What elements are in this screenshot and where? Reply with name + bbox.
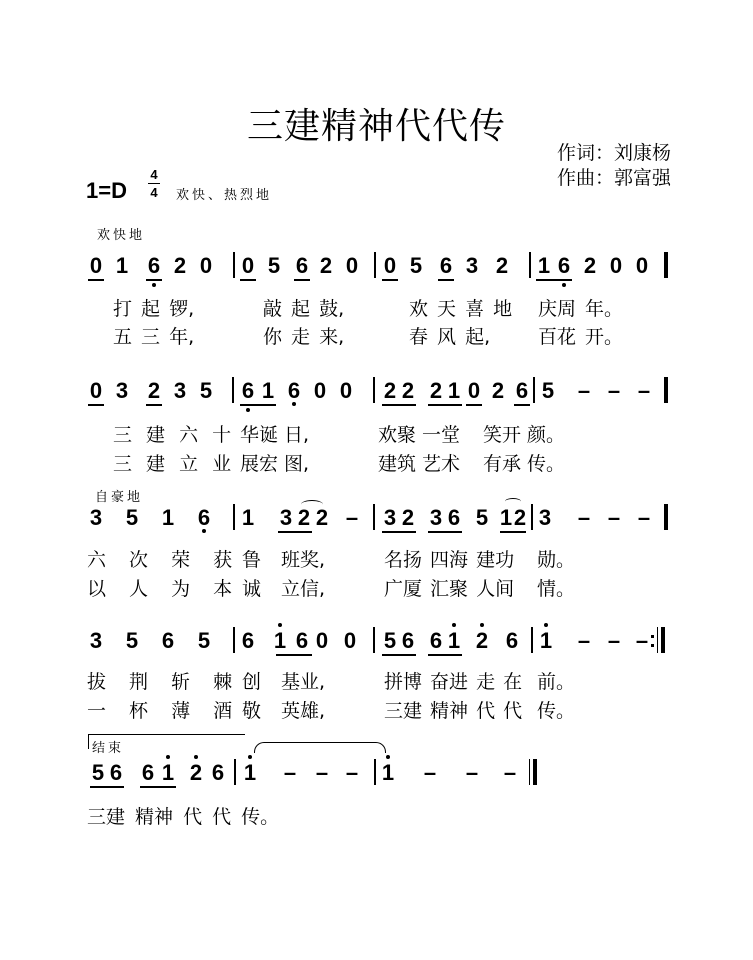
high-octave-dot bbox=[452, 623, 456, 627]
note: 1 bbox=[446, 378, 462, 404]
note: 6 bbox=[556, 253, 572, 279]
note: 6 bbox=[294, 628, 310, 654]
tie bbox=[505, 498, 521, 505]
note: 3 bbox=[464, 253, 480, 279]
high-octave-dot bbox=[278, 623, 282, 627]
note: 0 bbox=[608, 253, 624, 279]
note: 0 bbox=[344, 253, 360, 279]
underline bbox=[90, 786, 124, 788]
low-octave-dot bbox=[562, 283, 566, 287]
note: 6 bbox=[108, 760, 124, 786]
underline bbox=[294, 279, 310, 281]
note: 2 bbox=[494, 253, 510, 279]
note: 6 bbox=[240, 378, 256, 404]
key-signature: 1=D bbox=[86, 178, 127, 204]
dash: – bbox=[464, 760, 480, 786]
dash: – bbox=[636, 505, 652, 531]
bar-line bbox=[374, 759, 376, 785]
note: 1 bbox=[240, 505, 256, 531]
underline bbox=[382, 654, 416, 656]
note: 0 bbox=[466, 378, 482, 404]
note: 5 bbox=[540, 378, 556, 404]
note: 3 bbox=[172, 378, 188, 404]
bar-line bbox=[529, 252, 531, 278]
repeat-dot bbox=[651, 644, 654, 647]
underline bbox=[382, 404, 416, 406]
low-octave-dot bbox=[292, 402, 296, 406]
note: 3 bbox=[114, 378, 130, 404]
final-bar-thin bbox=[529, 759, 530, 785]
high-octave-dot bbox=[480, 623, 484, 627]
bar-line bbox=[373, 377, 375, 403]
note: 3 bbox=[382, 505, 398, 531]
low-octave-dot bbox=[246, 408, 250, 412]
bar-line bbox=[373, 504, 375, 530]
note: 5 bbox=[266, 253, 282, 279]
underline bbox=[382, 279, 398, 281]
bar-line bbox=[374, 252, 376, 278]
note: 5 bbox=[124, 628, 140, 654]
note: 5 bbox=[408, 253, 424, 279]
note: 0 bbox=[198, 253, 214, 279]
note: 6 bbox=[294, 253, 310, 279]
dash: – bbox=[576, 628, 592, 654]
note: 3 bbox=[428, 505, 444, 531]
note: 3 bbox=[278, 505, 294, 531]
underline bbox=[240, 404, 276, 406]
bar-line bbox=[234, 759, 236, 785]
note: 2 bbox=[400, 505, 416, 531]
underline bbox=[276, 654, 312, 656]
dash: – bbox=[344, 760, 360, 786]
note: 5 bbox=[90, 760, 106, 786]
low-octave-dot bbox=[202, 529, 206, 533]
lyric-ending: 三建 精神 代 代 传。 bbox=[87, 802, 279, 829]
note: 6 bbox=[210, 760, 226, 786]
note: 1 bbox=[538, 628, 554, 654]
bar-line bbox=[664, 504, 668, 530]
bar-line bbox=[664, 377, 668, 403]
note: 2 bbox=[582, 253, 598, 279]
note: 3 bbox=[537, 505, 553, 531]
bar-line bbox=[531, 627, 533, 653]
dash: – bbox=[422, 760, 438, 786]
note: 2 bbox=[146, 378, 162, 404]
dash: – bbox=[576, 378, 592, 404]
note: 2 bbox=[400, 378, 416, 404]
underline bbox=[382, 531, 416, 533]
bar-line bbox=[233, 252, 235, 278]
dash: – bbox=[606, 505, 622, 531]
underline bbox=[536, 279, 572, 281]
note: 5 bbox=[198, 378, 214, 404]
bar-line bbox=[233, 504, 235, 530]
note: 6 bbox=[240, 628, 256, 654]
note: 0 bbox=[88, 253, 104, 279]
underline bbox=[500, 531, 526, 533]
note: 6 bbox=[428, 628, 444, 654]
underline bbox=[88, 404, 104, 406]
underline bbox=[466, 404, 482, 406]
note: 6 bbox=[514, 378, 530, 404]
note: 5 bbox=[196, 628, 212, 654]
note: 6 bbox=[146, 253, 162, 279]
note: 6 bbox=[160, 628, 176, 654]
note: 6 bbox=[438, 253, 454, 279]
note: 0 bbox=[342, 628, 358, 654]
high-octave-dot bbox=[248, 755, 252, 759]
note: 1 bbox=[260, 378, 276, 404]
note: 2 bbox=[512, 505, 528, 531]
underline bbox=[428, 404, 462, 406]
time-signature: 44 bbox=[148, 168, 160, 199]
repeat-bar-thin bbox=[657, 627, 658, 653]
note: 6 bbox=[286, 378, 302, 404]
high-octave-dot bbox=[544, 623, 548, 627]
dash: – bbox=[636, 378, 652, 404]
note: 1 bbox=[380, 760, 396, 786]
final-bar-thick bbox=[533, 759, 537, 785]
note: 0 bbox=[240, 253, 256, 279]
underline bbox=[514, 404, 530, 406]
dash: – bbox=[502, 760, 518, 786]
note: 2 bbox=[382, 378, 398, 404]
bar-line bbox=[531, 504, 533, 530]
note: 1 bbox=[272, 628, 288, 654]
expression-marking: 欢快、热烈地 bbox=[176, 184, 272, 203]
underline bbox=[278, 531, 312, 533]
ending-label: 结束 bbox=[92, 737, 124, 756]
underline bbox=[140, 786, 176, 788]
dash: – bbox=[606, 378, 622, 404]
note: 1 bbox=[536, 253, 552, 279]
bar-line bbox=[232, 377, 234, 403]
dash: – bbox=[314, 760, 330, 786]
note: 0 bbox=[382, 253, 398, 279]
note: 0 bbox=[88, 378, 104, 404]
slur bbox=[254, 742, 386, 753]
note: 1 bbox=[114, 253, 130, 279]
high-octave-dot bbox=[166, 755, 170, 759]
high-octave-dot bbox=[194, 755, 198, 759]
dash: – bbox=[606, 628, 622, 654]
underline bbox=[146, 404, 162, 406]
underline bbox=[146, 279, 162, 281]
bar-line bbox=[233, 627, 235, 653]
underline bbox=[438, 279, 454, 281]
note: 1 bbox=[160, 760, 176, 786]
note: 1 bbox=[242, 760, 258, 786]
note: 3 bbox=[88, 505, 104, 531]
expression-marking: 自豪地 bbox=[95, 486, 143, 505]
low-octave-dot bbox=[152, 283, 156, 287]
underline bbox=[428, 531, 462, 533]
note: 6 bbox=[400, 628, 416, 654]
note: 5 bbox=[474, 505, 490, 531]
note: 2 bbox=[474, 628, 490, 654]
underline bbox=[88, 279, 104, 281]
note: 0 bbox=[338, 378, 354, 404]
note: 6 bbox=[196, 505, 212, 531]
lyricist-credit: 作词：刘康杨 bbox=[557, 138, 671, 165]
high-octave-dot bbox=[386, 755, 390, 759]
note: 2 bbox=[428, 378, 444, 404]
underline bbox=[240, 279, 256, 281]
note: 2 bbox=[172, 253, 188, 279]
dash: – bbox=[344, 505, 360, 531]
bar-line bbox=[373, 627, 375, 653]
underline bbox=[428, 654, 462, 656]
composer-credit: 作曲：郭富强 bbox=[557, 163, 671, 190]
note: 6 bbox=[140, 760, 156, 786]
dash: – bbox=[576, 505, 592, 531]
note: 6 bbox=[504, 628, 520, 654]
dash: – bbox=[282, 760, 298, 786]
note: 3 bbox=[88, 628, 104, 654]
repeat-dot bbox=[651, 635, 654, 638]
note: 2 bbox=[314, 505, 330, 531]
note: 2 bbox=[490, 378, 506, 404]
bar-line bbox=[533, 377, 535, 403]
note: 0 bbox=[634, 253, 650, 279]
repeat-bar-thick bbox=[661, 627, 665, 653]
note: 0 bbox=[312, 378, 328, 404]
bar-line bbox=[664, 252, 668, 278]
note: 2 bbox=[188, 760, 204, 786]
note: 0 bbox=[314, 628, 330, 654]
note: 5 bbox=[124, 505, 140, 531]
note: 1 bbox=[446, 628, 462, 654]
note: 6 bbox=[446, 505, 462, 531]
tempo-marking: 欢快地 bbox=[97, 224, 145, 243]
dash: – bbox=[634, 628, 650, 654]
note: 1 bbox=[160, 505, 176, 531]
note: 2 bbox=[318, 253, 334, 279]
note: 5 bbox=[382, 628, 398, 654]
